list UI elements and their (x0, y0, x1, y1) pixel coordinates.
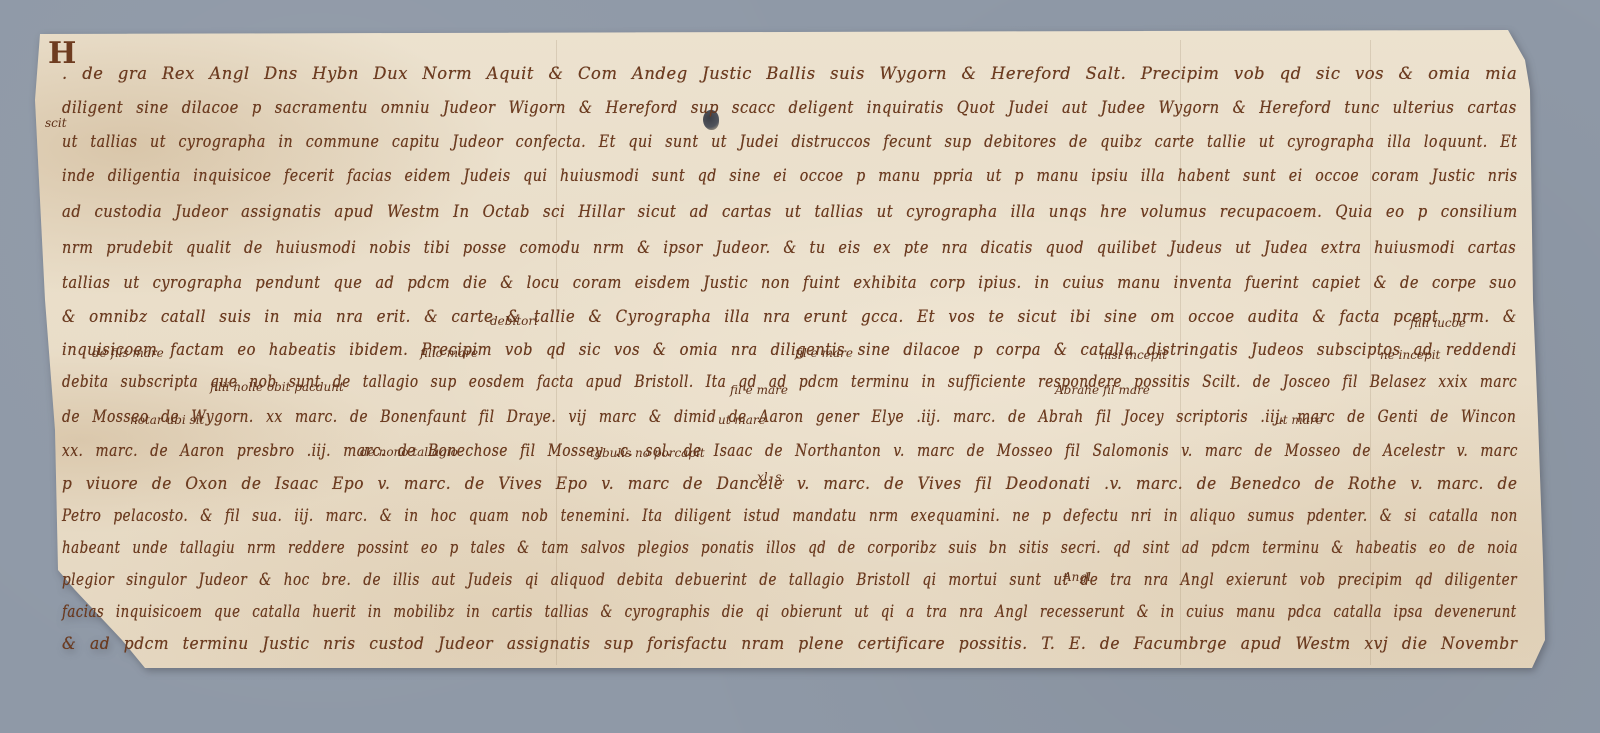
interlinear-note: fil e mare (730, 383, 788, 397)
manuscript-line: & ad pdcm terminu Justic nris custod Jud… (62, 634, 1518, 654)
manuscript-line: plegior singulor Judeor & hoc bre. de il… (62, 570, 1517, 590)
interlinear-note: fil e mare (795, 346, 853, 360)
interlinear-note: xl. s. (757, 470, 785, 484)
manuscript-line: diligent sine dilacoe p sacramentu omniu… (62, 98, 1517, 118)
manuscript-line: p viuore de Oxon de Isaac Epo v. marc. d… (62, 474, 1518, 494)
interlinear-note: Abrahe fil mare (1055, 383, 1150, 397)
interlinear-note: notar ubi sit (130, 413, 204, 427)
interlinear-note: scit (45, 116, 67, 130)
parchment-document: H . de gra Rex Angl Dns Hybn Dux Norm Aq… (0, 0, 1600, 733)
interlinear-note: filio mare (420, 346, 478, 360)
manuscript-line: & omnibz catall suis in mia nra erit. & … (62, 307, 1517, 327)
interlinear-note: debitori (490, 314, 538, 328)
manuscript-line: ut tallias ut cyrographa in commune capi… (62, 132, 1517, 152)
interlinear-note: Angl (1063, 570, 1091, 584)
manuscript-line: Petro pelacosto. & fil sua. iij. marc. &… (62, 506, 1518, 526)
manuscript-line: tallias ut cyrographa pendunt que ad pdc… (62, 273, 1517, 293)
manuscript-line: habeant unde tallagiu nrm reddere possin… (62, 538, 1518, 558)
interlinear-note: filii iucoe (1410, 316, 1466, 330)
manuscript-line: . de gra Rex Angl Dns Hybn Dux Norm Aqui… (62, 64, 1517, 84)
interlinear-note: nisi incepit (1100, 348, 1167, 362)
interlinear-note: ut mare (1275, 413, 1323, 427)
manuscript-line: inquisicoem factam eo habeatis ibidem. P… (62, 340, 1517, 360)
manuscript-line: inde diligentia inquisicoe fecerit facia… (62, 166, 1518, 186)
manuscript-line: facias inquisicoem que catalla huerit in… (62, 602, 1517, 622)
manuscript-line: ad custodia Judeor assignatis apud Westm… (62, 202, 1518, 222)
interlinear-note: filii holle obit pacdunt (210, 380, 344, 394)
interlinear-note: ne incepit (1380, 348, 1440, 362)
interlinear-note: de fils mare (92, 346, 164, 360)
manuscript-line: xx. marc. de Aaron presbro .iij. marc. d… (62, 441, 1518, 461)
manuscript-line: nrm prudebit qualit de huiusmodi nobis t… (62, 238, 1516, 258)
interlinear-note: ut mare (718, 413, 766, 427)
interlinear-note: de nono tallagio (360, 445, 458, 459)
interlinear-note: tabulis no porcapit (590, 446, 705, 460)
